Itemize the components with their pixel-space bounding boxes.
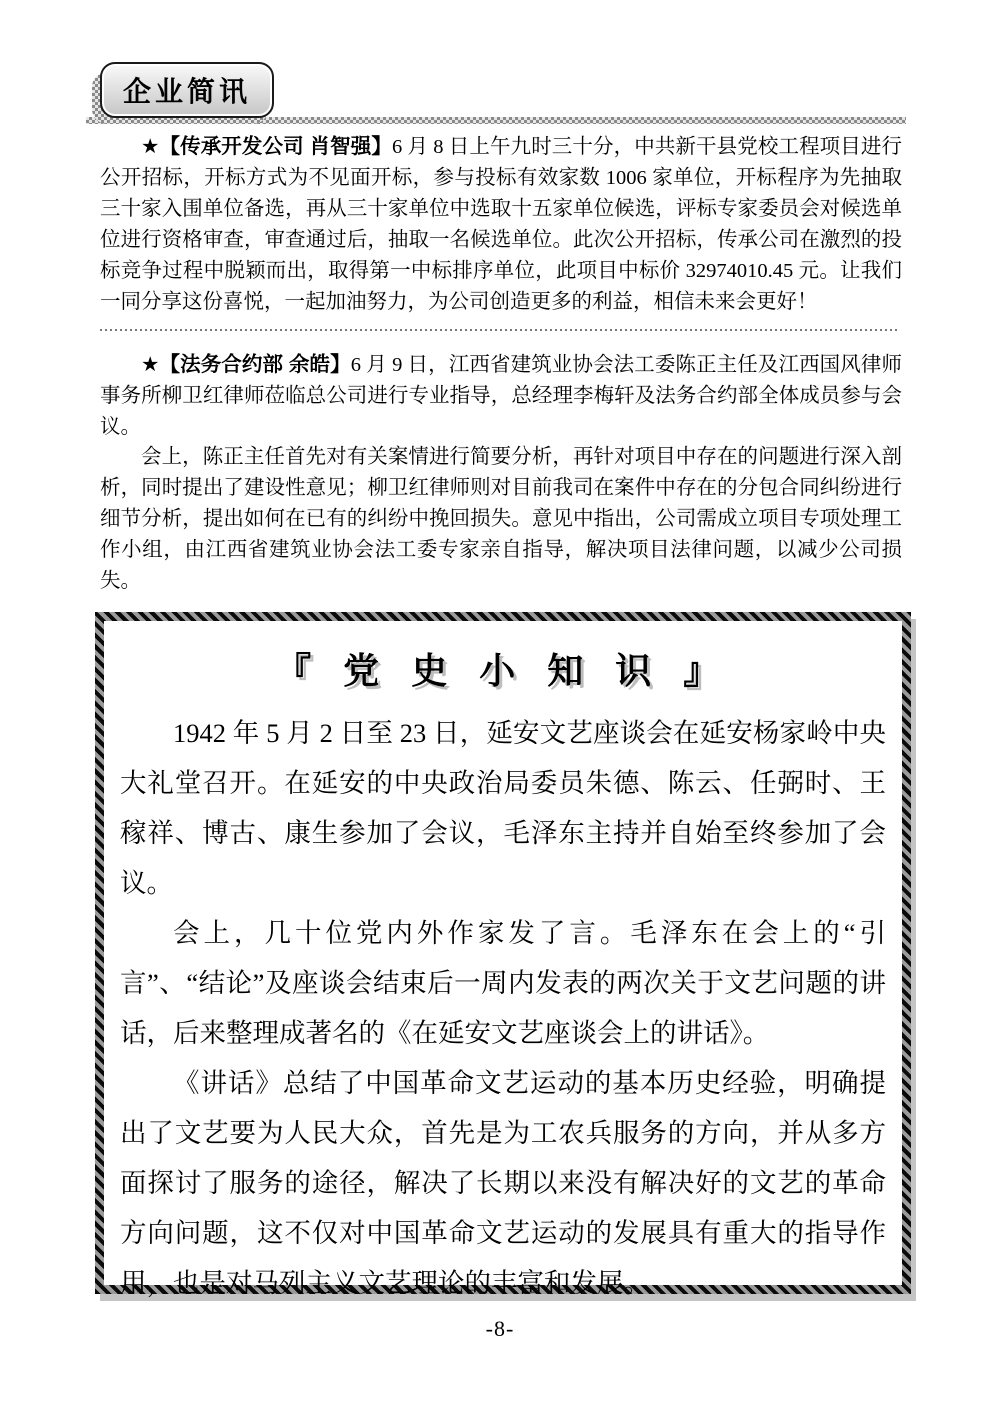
party-history-box-body: 1942 年 5 月 2 日至 23 日，延安文艺座谈会在延安杨家岭中央大礼堂召… — [104, 708, 902, 1308]
news-item-1: ★【传承开发公司 肖智强】6 月 8 日上午九时三十分，中共新干县党校工程项目进… — [100, 131, 902, 318]
news-item-1-lead: ★【传承开发公司 肖智强】 — [141, 135, 392, 158]
news-item-2-paragraph-2: 会上，陈正主任首先对有关案情进行简要分析，再针对项目中存在的问题进行深入剖析，同… — [100, 442, 902, 597]
party-history-paragraph-1: 1942 年 5 月 2 日至 23 日，延安文艺座谈会在延安杨家岭中央大礼堂召… — [120, 708, 886, 908]
party-history-paragraph-2: 会上，几十位党内外作家发了言。毛泽东在会上的“引言”、“结论”及座谈会结束后一周… — [120, 908, 886, 1058]
newsletter-page: 企业简讯 ★【传承开发公司 肖智强】6 月 8 日上午九时三十分，中共新干县党校… — [0, 0, 1000, 1413]
news-item-2-lead: ★【法务合约部 余皓】 — [141, 353, 351, 376]
news-item-2: ★【法务合约部 余皓】6 月 9 日，江西省建筑业协会法工委陈正主任及江西国风律… — [100, 349, 902, 443]
page-number: -8- — [0, 1316, 1000, 1342]
party-history-box: 『 党 史 小 知 识 』 1942 年 5 月 2 日至 23 日，延安文艺座… — [95, 612, 911, 1294]
party-history-paragraph-3: 《讲话》总结了中国革命文艺运动的基本历史经验，明确提出了文艺要为人民大众，首先是… — [120, 1058, 886, 1308]
section-divider — [100, 329, 900, 331]
section-badge: 企业简讯 — [100, 62, 274, 118]
party-history-box-title: 『 党 史 小 知 识 』 — [104, 643, 902, 694]
section-badge-label: 企业简讯 — [123, 70, 251, 110]
news-item-1-body: 6 月 8 日上午九时三十分，中共新干县党校工程项目进行公开招标，开标方式为不见… — [100, 136, 902, 313]
